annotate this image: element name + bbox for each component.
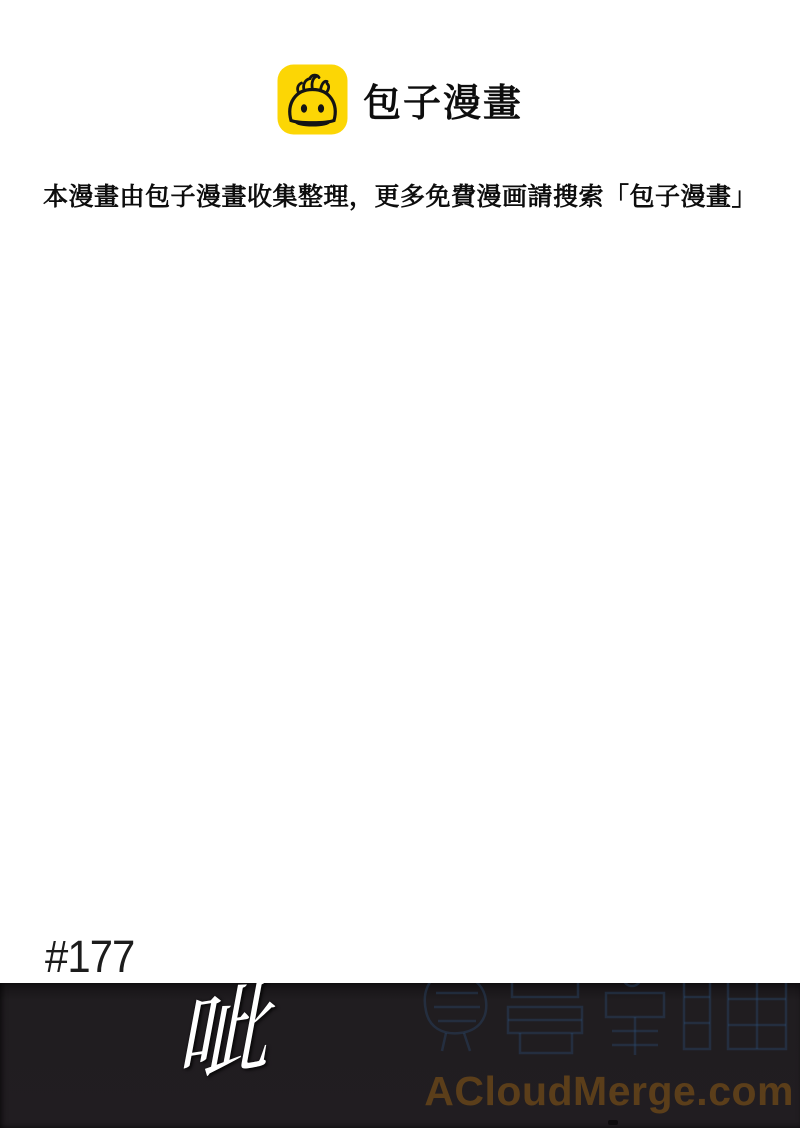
chapter-number: #177 xyxy=(45,931,134,983)
brand-title: 包子漫畫 xyxy=(363,72,523,127)
sfx-text: 呲 xyxy=(170,983,270,1094)
cjk-watermark xyxy=(416,983,796,1067)
baozi-bun-icon xyxy=(277,64,348,135)
brand-header: 包子漫畫 xyxy=(0,64,800,135)
panel-bottom-mark xyxy=(608,1120,618,1125)
notice-text: 本漫畫由包子漫畫收集整理，更多免費漫画請搜索「包子漫畫」 xyxy=(0,177,800,213)
site-watermark: ACloudMerge.com xyxy=(424,1068,794,1115)
comic-panel: 呲 ACloudMerge.com xyxy=(0,983,800,1128)
